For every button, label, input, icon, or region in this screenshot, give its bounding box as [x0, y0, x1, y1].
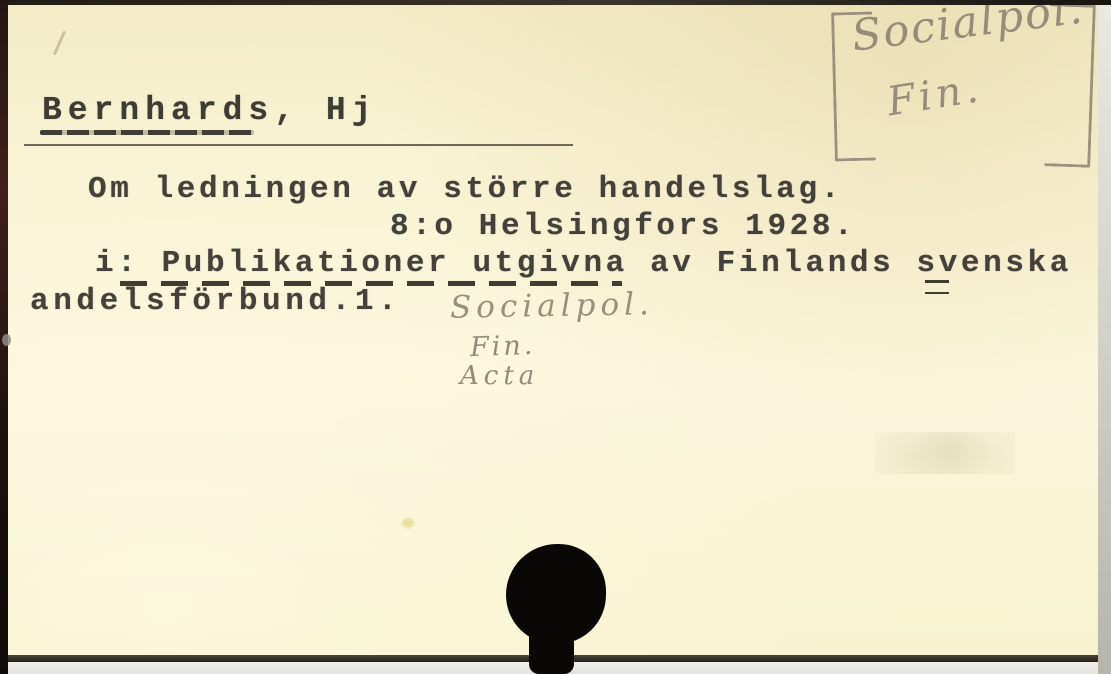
edge-smudge-dot: [2, 334, 11, 346]
punch-hole-stem: [529, 618, 574, 674]
series-line-2: andelsförbund.1.: [30, 284, 401, 319]
pencil-bracket-right-icon: [1044, 3, 1096, 168]
author-heading: Bernhards, Hj: [42, 92, 377, 129]
series-dashed-underline: [120, 281, 622, 286]
handwritten-classification-fin: Fin.: [469, 330, 535, 363]
pencil-scratch-mark: [53, 31, 66, 56]
imprint-line: 8:o Helsingfors 1928.: [390, 209, 856, 244]
erased-pencil-ghost-marks: [875, 432, 1015, 474]
svenska-emphasis-mark: [925, 280, 949, 294]
corner-note-fin: Fin.: [884, 65, 985, 125]
scanner-background-right: [1098, 0, 1111, 674]
series-line-1: i: Publikationer utgivna av Finlands sve…: [95, 246, 1072, 281]
handwritten-series-note: Socialpol.: [450, 286, 654, 326]
yellow-stain: [402, 518, 414, 528]
title-line: Om ledningen av större handelslag.: [88, 172, 843, 207]
handwritten-classification-acta: Acta: [460, 361, 539, 391]
scan-edge-top: [0, 0, 1111, 5]
header-rule: [24, 144, 573, 146]
catalog-card-scan: Socialpol. Fin. Bernhards, Hj Om ledning…: [0, 0, 1111, 674]
author-typed-underline: [40, 130, 254, 135]
